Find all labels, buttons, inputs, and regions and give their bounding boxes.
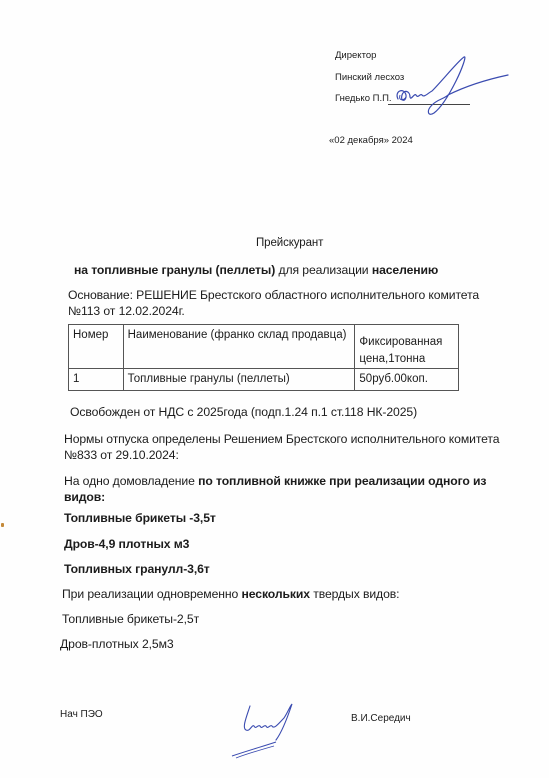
header-name: Наименование (франко склад продавца) (123, 325, 355, 369)
cell-name: Топливные гранулы (пеллеты) (123, 369, 355, 391)
basis-line-1: Основание: РЕШЕНИЕ Брестского областного… (68, 288, 479, 302)
multi-limit-briquettes: Топливные брикеты-2,5т (62, 612, 199, 626)
norms-line-2: №833 от 29.10.2024: (64, 448, 179, 462)
document-title: Прейскурант (256, 237, 323, 249)
scan-speck (1, 523, 4, 527)
footer-name: В.И.Середич (351, 713, 411, 724)
household-line-1: На одно домовладение по топливной книжке… (64, 474, 486, 488)
approval-date: «02 декабря» 2024 (329, 135, 413, 146)
header-number: Номер (69, 325, 124, 369)
limit-firewood: Дров-4,9 плотных м3 (64, 537, 189, 551)
table-row: 1 Топливные гранулы (пеллеты) 50руб.00ко… (69, 369, 459, 391)
approval-name: Гнедько П.П. (335, 93, 392, 104)
household-prefix: На одно домовладение (64, 474, 198, 488)
multiple-bold: нескольких (241, 587, 309, 601)
household-line-2: видов: (64, 490, 105, 504)
multiple-prefix: При реализации одновременно (62, 587, 241, 601)
head-signature-icon (228, 702, 308, 762)
subtitle-audience: населению (372, 263, 438, 277)
price-table: Номер Наименование (франко склад продавц… (68, 324, 459, 391)
multi-limit-firewood: Дров-плотных 2,5м3 (60, 637, 174, 651)
cell-price: 50руб.00коп. (355, 369, 459, 391)
multiple-suffix: твердых видов: (310, 587, 399, 601)
household-condition: по топливной книжке при реализации одног… (198, 474, 486, 488)
basis-line-2: №113 от 12.02.2024г. (68, 304, 185, 318)
footer-position: Нач ПЭО (60, 709, 103, 720)
vat-note: Освобожден от НДС с 2025года (подп.1.24 … (70, 405, 417, 419)
director-signature-icon (390, 55, 510, 125)
header-price-line-2: цена,1тонна (359, 353, 425, 365)
document-subtitle: на топливные гранулы (пеллеты) для реали… (74, 263, 438, 277)
header-price: Фиксированная цена,1тонна (355, 325, 459, 369)
approval-position: Директор (335, 50, 376, 61)
subtitle-product: на топливные гранулы (пеллеты) (74, 263, 275, 277)
cell-number: 1 (69, 369, 124, 391)
header-price-line-1: Фиксированная (359, 336, 442, 348)
subtitle-purpose: для реализации (275, 263, 372, 277)
multiple-intro: При реализации одновременно нескольких т… (62, 587, 399, 601)
table-header-row: Номер Наименование (франко склад продавц… (69, 325, 459, 369)
norms-line-1: Нормы отпуска определены Решением Брестс… (64, 432, 499, 446)
limit-briquettes: Топливные брикеты -3,5т (64, 511, 216, 525)
limit-pellets: Топливных гранулл-3,6т (64, 562, 210, 576)
